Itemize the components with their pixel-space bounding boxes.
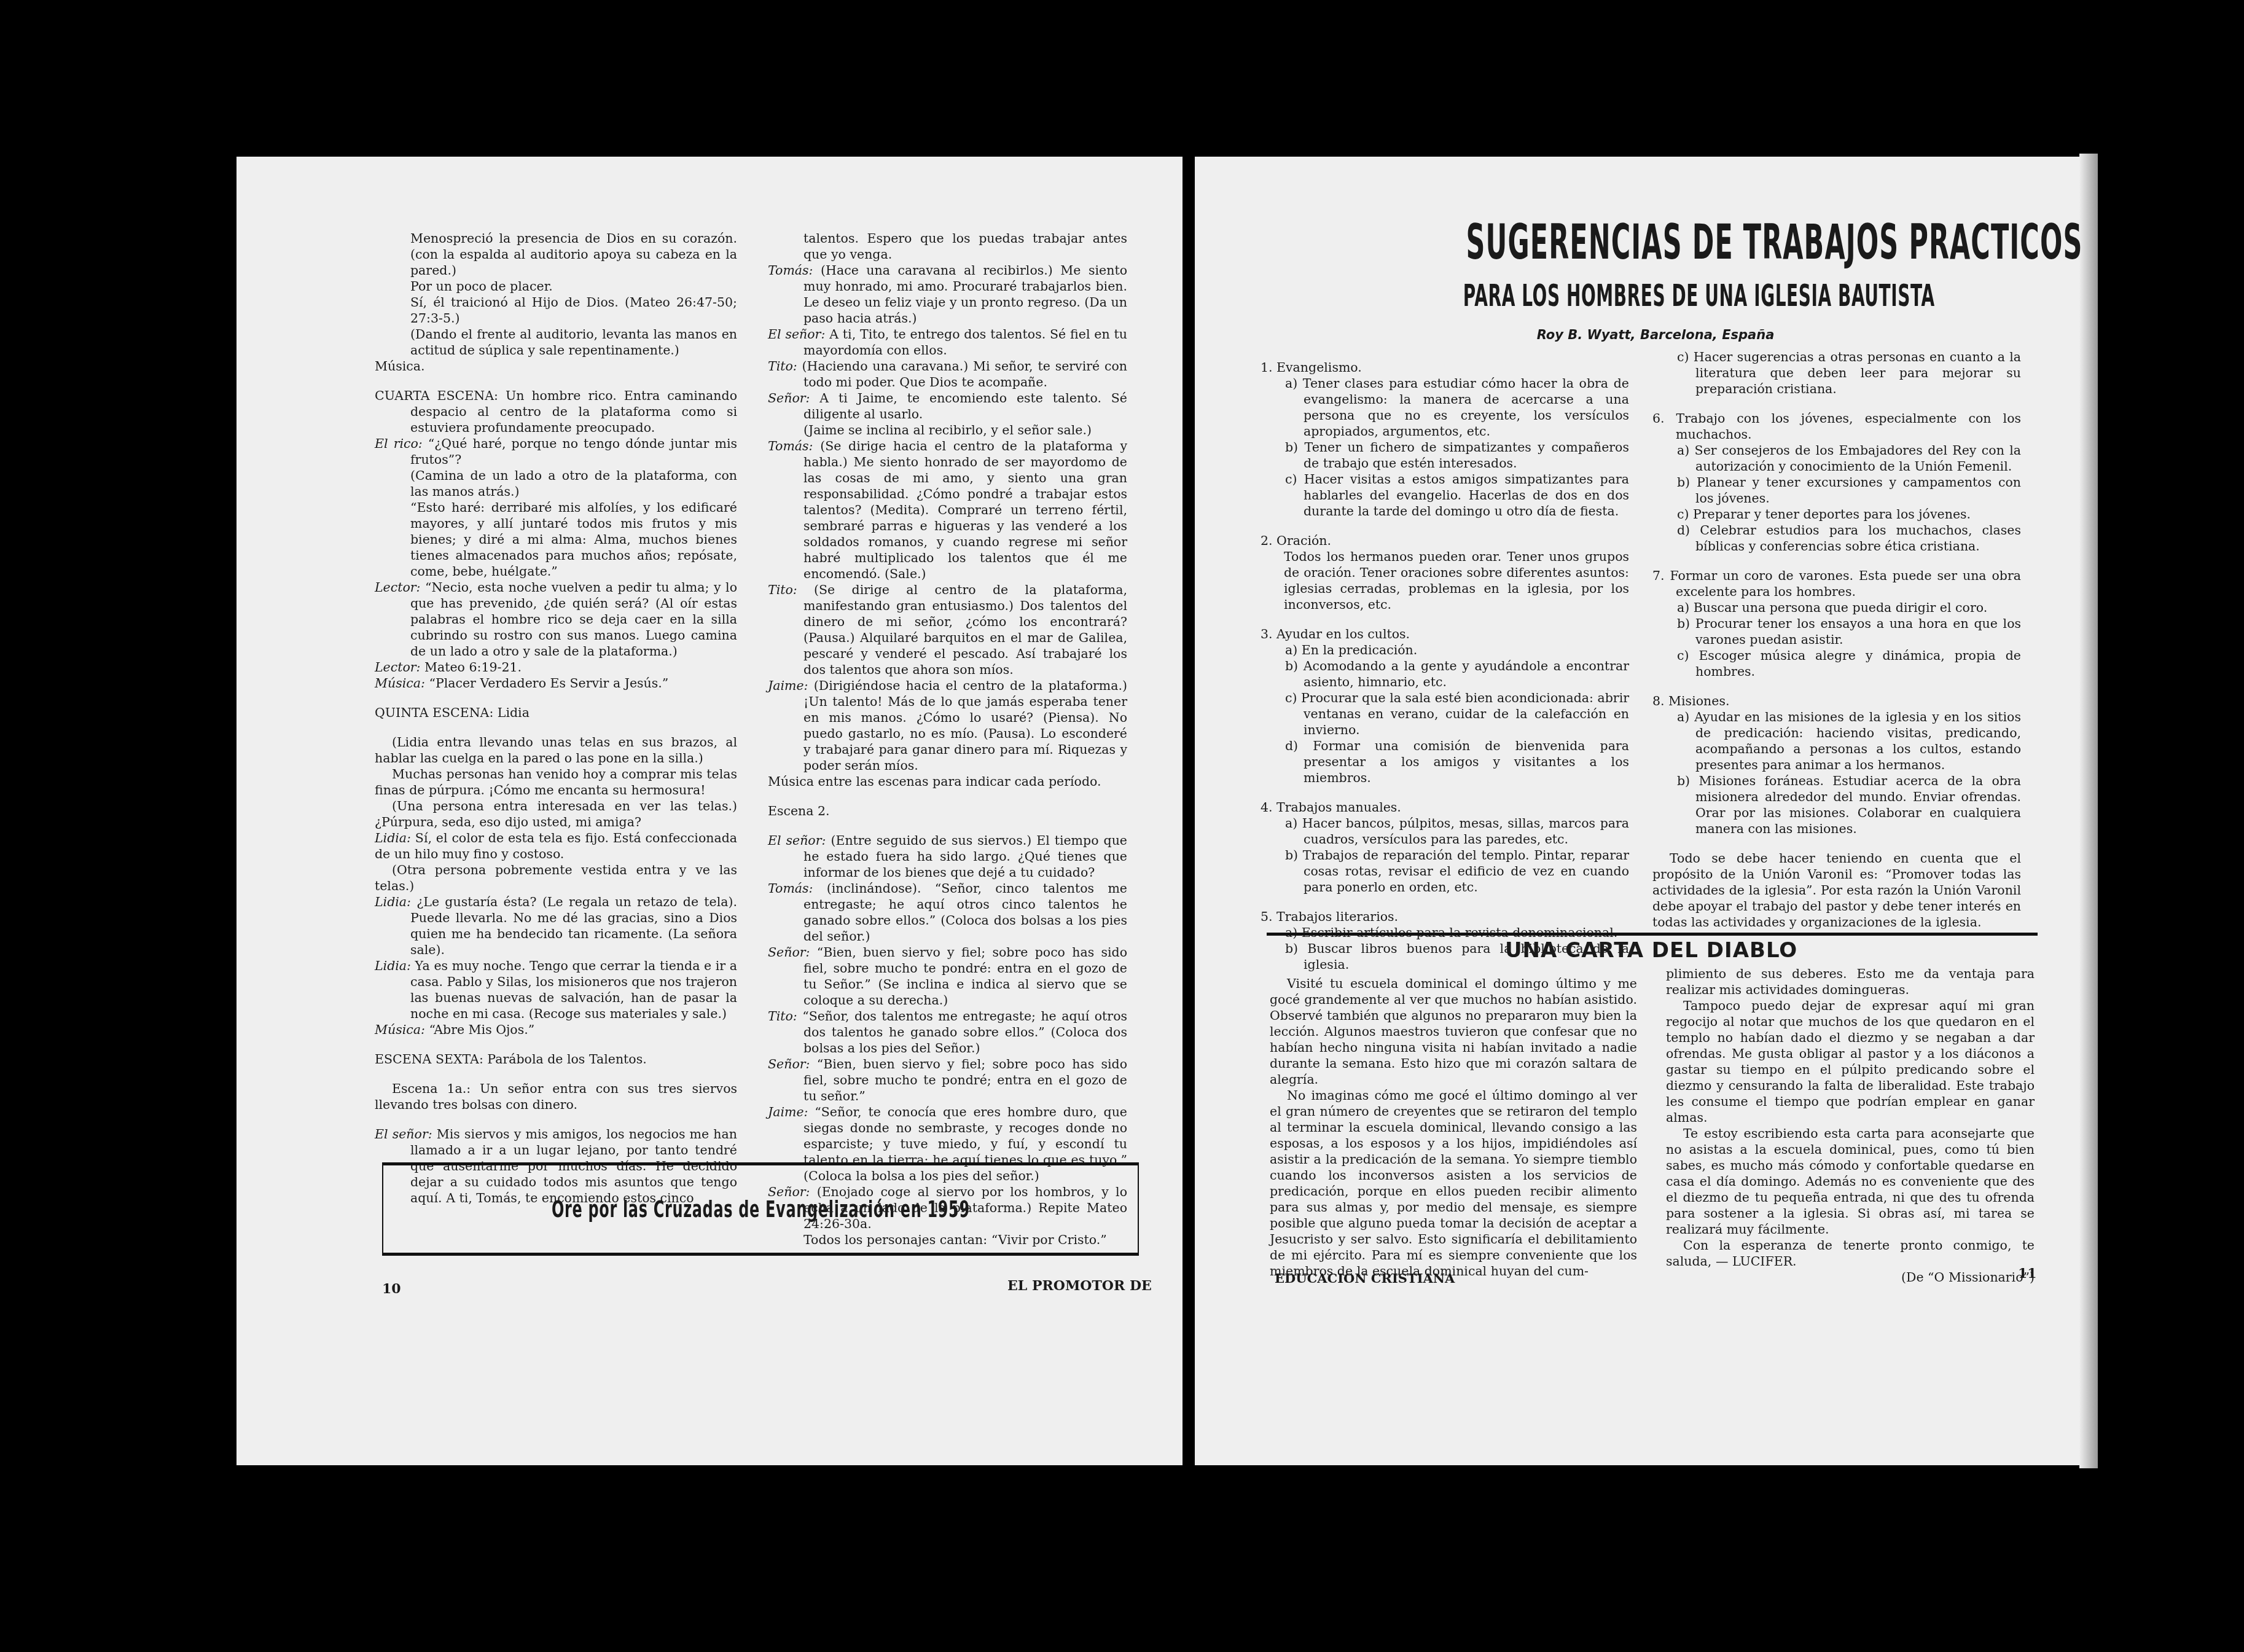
spacer [768,819,1127,832]
paragraph: c) Escoger música alegre y dinámica, pro… [1652,648,2021,679]
left-column-1: Menospreció la presencia de Dios en su c… [375,230,737,1206]
paragraph: Sí, él traicionó al Hijo de Dios. (Mateo… [375,294,737,326]
dialogue-text: “Bien, buen siervo y fiel; sobre poco ha… [803,1057,1127,1103]
prayer-banner: Ore por las Cruzadas de Evangelización e… [382,1162,1139,1256]
spacer [1652,554,2021,568]
dialogue-text: : Lidia [489,705,530,720]
paragraph: Jaime: (Dirigiéndose hacia el centro de … [768,678,1127,773]
paragraph: Te estoy escribiendo esta carta para aco… [1666,1125,2035,1237]
paragraph: 1. Evangelismo. [1261,359,1629,375]
dialogue-text: (Entre seguido de sus siervos.) El tiemp… [803,833,1127,880]
paragraph: (De “O Missionario”) [1666,1269,2035,1285]
speaker-label: El señor: [768,833,826,848]
paragraph: a) En la predicación. [1261,642,1629,658]
paragraph: b) Misiones foráneas. Estudiar acerca de… [1652,773,2021,837]
paragraph: talentos. Espero que los puedas trabajar… [768,230,1127,262]
paragraph: 5. Trabajos literarios. [1261,909,1629,925]
right-column-2: c) Hacer sugerencias a otras personas en… [1652,349,2021,930]
speaker-label: Señor: [768,391,810,405]
dialogue-text: (inclinándose). “Señor, cinco talentos m… [803,881,1127,944]
paragraph: (Jaime se inclina al recibirlo, y el señ… [768,422,1127,438]
speaker-label: Tomás: [768,263,813,278]
paragraph: El señor: (Entre seguido de sus siervos.… [768,832,1127,880]
spacer [375,721,737,734]
speaker-label: Señor: [768,1057,810,1071]
dialogue-text: A ti Jaime, te encomiendo este talento. … [803,391,1127,421]
paragraph: d) Celebrar estudios para los muchachos,… [1652,522,2021,554]
speaker-label: El rico: [375,436,423,451]
running-head-left: EL PROMOTOR DE [1007,1278,1152,1294]
spacer [375,1067,737,1081]
speaker-label: El señor: [768,327,825,342]
dialogue-text: “Placer Verdadero Es Servir a Jesús.” [425,676,668,691]
paragraph: d) Formar una comisión de bienvenida par… [1261,738,1629,786]
dialogue-text: : Parábola de los Talentos. [479,1052,647,1067]
speaker-label: Tito: [768,582,797,597]
scene-heading: ESCENA SEXTA [375,1052,479,1067]
paragraph: Lector: Mateo 6:19-21. [375,659,737,675]
paragraph: Tito: “Señor, dos talentos me entregaste… [768,1008,1127,1056]
paragraph: 2. Oración. [1261,533,1629,549]
paragraph: Tito: (Haciendo una caravana.) Mi señor,… [768,358,1127,390]
paragraph: b) Trabajos de reparación del templo. Pi… [1261,847,1629,895]
dialogue-text: A ti, Tito, te entrego dos talentos. Sé … [803,327,1127,358]
spacer [375,374,737,388]
paragraph: No imaginas cómo me gocé el último domin… [1270,1087,1637,1279]
paragraph: Escena 2. [768,803,1127,819]
dialogue-text: ¿Le gustaría ésta? (Le regala un retazo … [410,895,737,957]
paragraph: a) Ser consejeros de los Embajadores del… [1652,442,2021,474]
paragraph: c) Procurar que la sala esté bien acondi… [1261,690,1629,738]
spacer [375,691,737,705]
paragraph: b) Planear y tener excursiones y campame… [1652,474,2021,506]
scene-heading: QUINTA ESCENA [375,705,489,720]
dialogue-text: (Se dirige al centro de la plataforma, m… [797,582,1127,677]
paragraph: 6. Trabajo con los jóvenes, especialment… [1652,410,2021,442]
paragraph: 8. Misiones. [1652,693,2021,709]
speaker-label: Lidia: [375,831,411,845]
paragraph: Tampoco puedo dejar de expresar aquí mi … [1666,998,2035,1125]
paragraph: ESCENA SEXTA: Parábola de los Talentos. [375,1051,737,1067]
paragraph: (Lidia entra llevando unas telas en sus … [375,734,737,766]
paragraph: a) Buscar una persona que pueda dirigir … [1652,600,2021,616]
spacer [1652,397,2021,410]
paragraph: Todo se debe hacer teniendo en cuenta qu… [1652,850,2021,930]
paragraph: Música: “Placer Verdadero Es Servir a Je… [375,675,737,691]
paragraph: Menospreció la presencia de Dios en su c… [375,230,737,278]
paragraph: Señor: “Bien, buen siervo y fiel; sobre … [768,944,1127,1008]
paragraph: “Esto haré: derribaré mis alfolíes, y lo… [375,499,737,579]
paragraph: Música entre las escenas para indicar ca… [768,773,1127,789]
spacer [1261,613,1629,626]
dialogue-text: “Necio, esta noche vuelven a pedir tu al… [410,580,737,659]
letter-column-1: Visité tu escuela dominical el domingo ú… [1270,976,1637,1279]
scene-heading: CUARTA ESCENA [375,388,494,403]
paragraph: Música. [375,358,737,374]
speaker-label: Lector: [375,660,421,675]
paragraph: Señor: A ti Jaime, te encomiendo este ta… [768,390,1127,422]
paragraph: c) Hacer sugerencias a otras personas en… [1652,349,2021,397]
speaker-label: Tito: [768,359,797,374]
article-subtitle: PARA LOS HOMBRES DE UNA IGLESIA BAUTISTA [1463,280,1786,311]
speaker-label: Tomás: [768,439,813,453]
paragraph: 7. Formar un coro de varones. Esta puede… [1652,568,2021,600]
dialogue-text: Mateo 6:19-21. [421,660,522,675]
dialogue-text: “Bien, buen siervo y fiel; sobre poco ha… [803,945,1127,1008]
paragraph: Tito: (Se dirige al centro de la platafo… [768,582,1127,678]
dialogue-text: “Abre Mis Ojos.” [425,1022,534,1037]
paragraph: c) Hacer visitas a estos amigos simpatiz… [1261,471,1629,519]
spacer [1652,837,2021,850]
paragraph: b) Tener un fichero de simpatizantes y c… [1261,439,1629,471]
paragraph: b) Procurar tener los ensayos a una hora… [1652,616,2021,648]
speaker-label: El señor: [375,1127,432,1141]
paragraph: Escena 1a.: Un señor entra con sus tres … [375,1081,737,1113]
paragraph: Lidia: Sí, el color de esta tela es fijo… [375,830,737,862]
spacer [1652,679,2021,693]
paragraph: Visité tu escuela dominical el domingo ú… [1270,976,1637,1087]
speaker-label: Jaime: [768,1105,808,1119]
paragraph: Tomás: (inclinándose). “Señor, cinco tal… [768,880,1127,944]
paragraph: El rico: “¿Qué haré, porque no tengo dón… [375,436,737,468]
speaker-label: Tomás: [768,881,813,896]
spacer [1261,786,1629,799]
paragraph: QUINTA ESCENA: Lidia [375,705,737,721]
spacer [375,1038,737,1051]
article-byline: Roy B. Wyatt, Barcelona, España [1336,327,1975,342]
page-number-left: 10 [382,1281,401,1297]
spacer [1261,895,1629,909]
paragraph: (Camina de un lado a otro de la platafor… [375,468,737,499]
page-number-right: 11 [2018,1266,2037,1282]
paragraph: c) Preparar y tener deportes para los jó… [1652,506,2021,522]
dialogue-text: (Dirigiéndose hacia el centro de la plat… [803,678,1127,773]
dialogue-text: Ya es muy noche. Tengo que cerrar la tie… [410,958,737,1021]
speaker-label: Música: [375,676,425,691]
paragraph: (Otra persona pobremente vestida entra y… [375,862,737,894]
banner-text: Ore por las Cruzadas de Evangelización e… [552,1196,970,1223]
running-head-right: EDUCACION CRISTIANA [1275,1270,1455,1286]
paragraph: a) Tener clases para estudiar cómo hacer… [1261,375,1629,439]
paragraph: b) Acomodando a la gente y ayudándole a … [1261,658,1629,690]
paragraph: CUARTA ESCENA: Un hombre rico. Entra cam… [375,388,737,436]
paragraph: Lidia: Ya es muy noche. Tengo que cerrar… [375,958,737,1022]
spacer [768,789,1127,803]
paragraph: (Dando el frente al auditorio, levanta l… [375,326,737,358]
spacer [375,1113,737,1126]
paragraph: Muchas personas han venido hoy a comprar… [375,766,737,798]
dialogue-text: “Señor, dos talentos me entregaste; he a… [797,1009,1127,1055]
speaker-label: Lector: [375,580,421,595]
paragraph: a) Ayudar en las misiones de la iglesia … [1652,709,2021,773]
paragraph: Lidia: ¿Le gustaría ésta? (Le regala un … [375,894,737,958]
paragraph: Tomás: (Hace una caravana al recibirlos.… [768,262,1127,326]
paragraph: Lector: “Necio, esta noche vuelven a ped… [375,579,737,659]
letter-title: UNA CARTA DEL DIABLO [1505,938,1797,963]
dialogue-text: Sí, el color de esta tela es fijo. Está … [375,831,737,861]
paragraph: El señor: A ti, Tito, te entrego dos tal… [768,326,1127,358]
paragraph: a) Hacer bancos, púlpitos, mesas, sillas… [1261,815,1629,847]
paragraph: Con la esperanza de tenerte pronto conmi… [1666,1237,2035,1269]
speaker-label: Música: [375,1022,425,1037]
paragraph: Tomás: (Se dirige hacia el centro de la … [768,438,1127,582]
speaker-label: Lidia: [375,958,411,973]
paragraph: plimiento de sus deberes. Esto me da ven… [1666,966,2035,998]
dialogue-text: (Se dirige hacia el centro de la platafo… [803,439,1127,581]
letter-column-2: plimiento de sus deberes. Esto me da ven… [1666,966,2035,1285]
speaker-label: Lidia: [375,895,411,909]
article-title: SUGERENCIAS DE TRABAJOS PRACTICOS [1466,218,1784,267]
paragraph: Música: “Abre Mis Ojos.” [375,1022,737,1038]
dialogue-text: “¿Qué haré, porque no tengo dónde juntar… [410,436,737,467]
speaker-label: Tito: [768,1009,797,1024]
section-divider [1267,933,2038,936]
paragraph: Todos los hermanos pueden orar. Tener un… [1261,549,1629,613]
speaker-label: Jaime: [768,678,808,693]
left-column-2: talentos. Espero que los puedas trabajar… [768,230,1127,1248]
paragraph: Por un poco de placer. [375,278,737,294]
speaker-label: Señor: [768,945,810,960]
dialogue-text: (Hace una caravana al recibirlos.) Me si… [803,263,1127,326]
paragraph: Señor: “Bien, buen siervo y fiel; sobre … [768,1056,1127,1104]
right-column-1: 1. Evangelismo.a) Tener clases para estu… [1261,359,1629,973]
dialogue-text: (Haciendo una caravana.) Mi señor, te se… [797,359,1127,390]
paragraph: 3. Ayudar en los cultos. [1261,626,1629,642]
spacer [1261,519,1629,533]
paragraph: 4. Trabajos manuales. [1261,799,1629,815]
right-page-edge [2079,154,2098,1468]
paragraph: (Una persona entra interesada en ver las… [375,798,737,830]
